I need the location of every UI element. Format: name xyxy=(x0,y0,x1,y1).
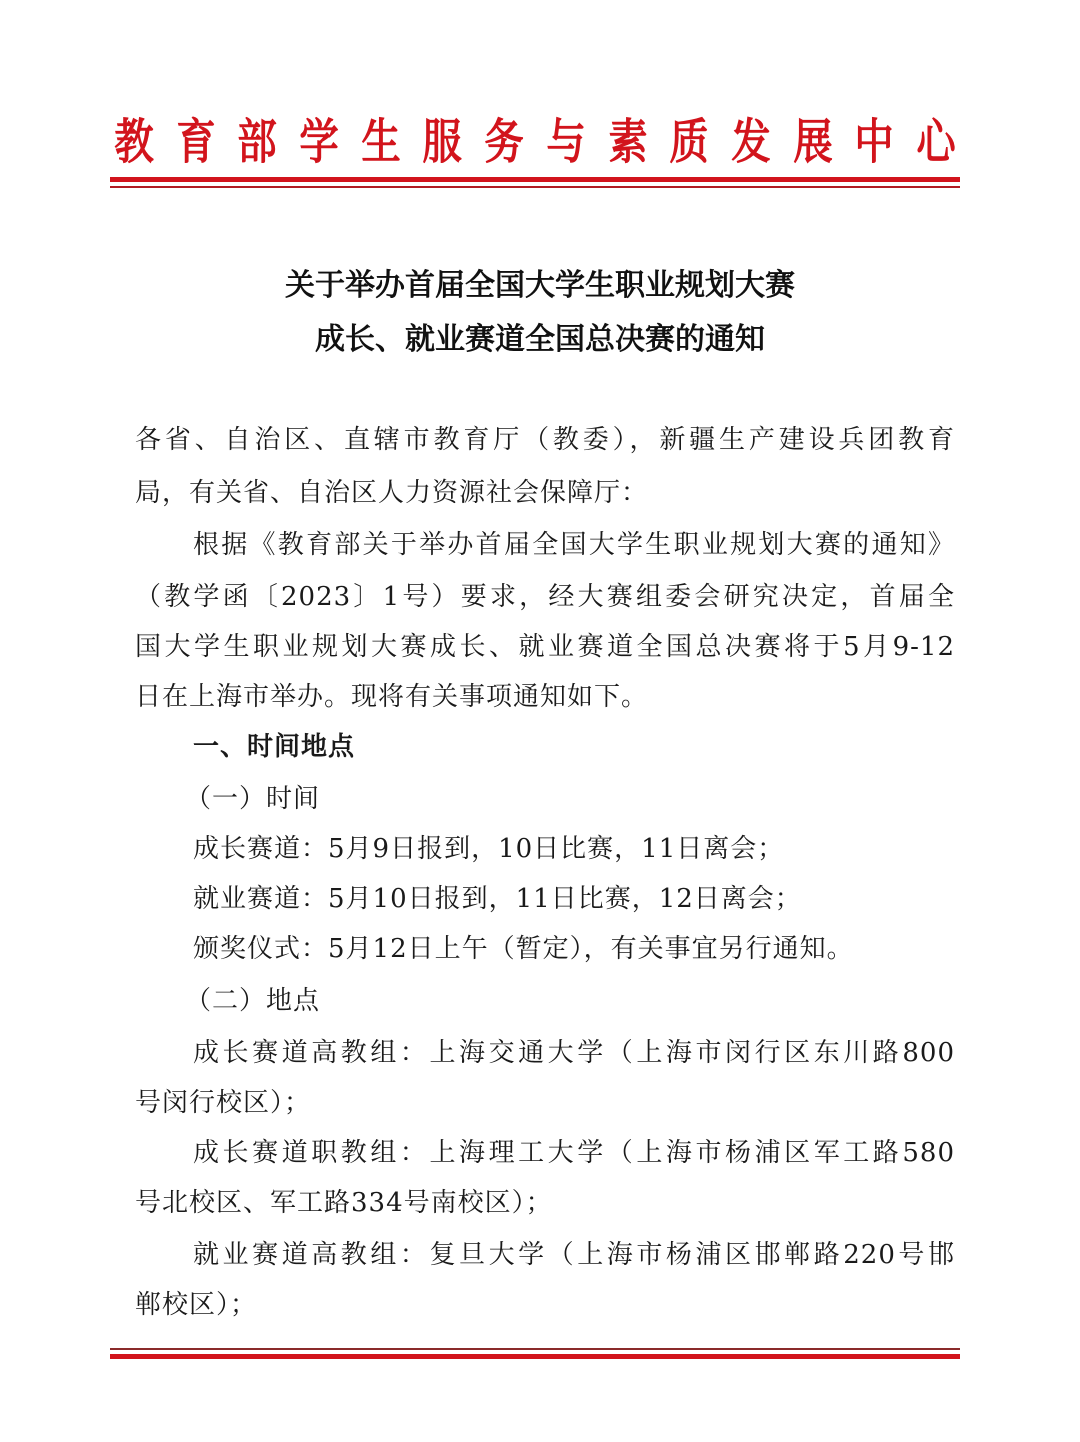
salutation-line-2: 局，有关省、自治区人力资源社会保障厅： xyxy=(135,476,955,510)
masthead-char: 服 xyxy=(423,112,462,172)
masthead-char: 教 xyxy=(114,112,153,172)
intro-line-4: 日在上海市举办。现将有关事项通知如下。 xyxy=(135,680,955,714)
masthead-char: 心 xyxy=(916,112,955,172)
masthead-char: 部 xyxy=(238,112,277,172)
footer-divider-thin xyxy=(110,1348,960,1350)
time-item-growth-track: 成长赛道：5月9日报到，10日比赛，11日离会； xyxy=(193,832,955,866)
intro-line-3: 国大学生职业规划大赛成长、就业赛道全国总决赛将于5月9-12 xyxy=(135,630,955,664)
location-item-2-line-2: 号北校区、军工路334号南校区）； xyxy=(135,1186,955,1220)
time-item-award-ceremony: 颁奖仪式：5月12日上午（暂定），有关事宜另行通知。 xyxy=(193,932,955,966)
footer-divider-thick xyxy=(110,1354,960,1359)
location-item-1-line-1: 成长赛道高教组：上海交通大学（上海市闵行区东川路800 xyxy=(193,1036,955,1070)
masthead-org-name: 教 育 部 学 生 服 务 与 素 质 发 展 中 心 xyxy=(110,112,960,172)
salutation-line-1: 各省、自治区、直辖市教育厅（教委），新疆生产建设兵团教育 xyxy=(135,423,955,457)
location-item-2-line-1: 成长赛道职教组：上海理工大学（上海市杨浦区军工路580 xyxy=(193,1136,955,1170)
location-item-1-line-2: 号闵行校区）； xyxy=(135,1086,955,1120)
masthead-char: 中 xyxy=(855,112,894,172)
masthead-char: 素 xyxy=(608,112,647,172)
masthead-char: 与 xyxy=(546,112,585,172)
header-divider-thick xyxy=(110,177,960,182)
masthead-char: 学 xyxy=(299,112,338,172)
intro-line-1: 根据《教育部关于举办首届全国大学生职业规划大赛的通知》 xyxy=(193,528,955,562)
masthead-char: 生 xyxy=(361,112,400,172)
subheading-time: （一）时间 xyxy=(185,782,1005,816)
masthead-char: 质 xyxy=(670,112,709,172)
time-item-employment-track: 就业赛道：5月10日报到，11日比赛，12日离会； xyxy=(193,882,955,916)
masthead-char: 展 xyxy=(793,112,832,172)
header-divider-thin xyxy=(110,186,960,188)
section-heading-time-location: 一、时间地点 xyxy=(193,730,955,764)
masthead-char: 务 xyxy=(484,112,523,172)
intro-line-2: （教学函〔2023〕1号）要求，经大赛组委会研究决定，首届全 xyxy=(135,580,955,614)
location-item-3-line-2: 郸校区）； xyxy=(135,1288,955,1322)
location-item-3-line-1: 就业赛道高教组：复旦大学（上海市杨浦区邯郸路220号邯 xyxy=(193,1238,955,1272)
document-title-line-1: 关于举办首届全国大学生职业规划大赛 xyxy=(0,268,1080,304)
masthead-char: 发 xyxy=(731,112,770,172)
document-title-line-2: 成长、就业赛道全国总决赛的通知 xyxy=(0,322,1080,358)
masthead-char: 育 xyxy=(176,112,215,172)
subheading-location: （二）地点 xyxy=(185,984,1005,1018)
